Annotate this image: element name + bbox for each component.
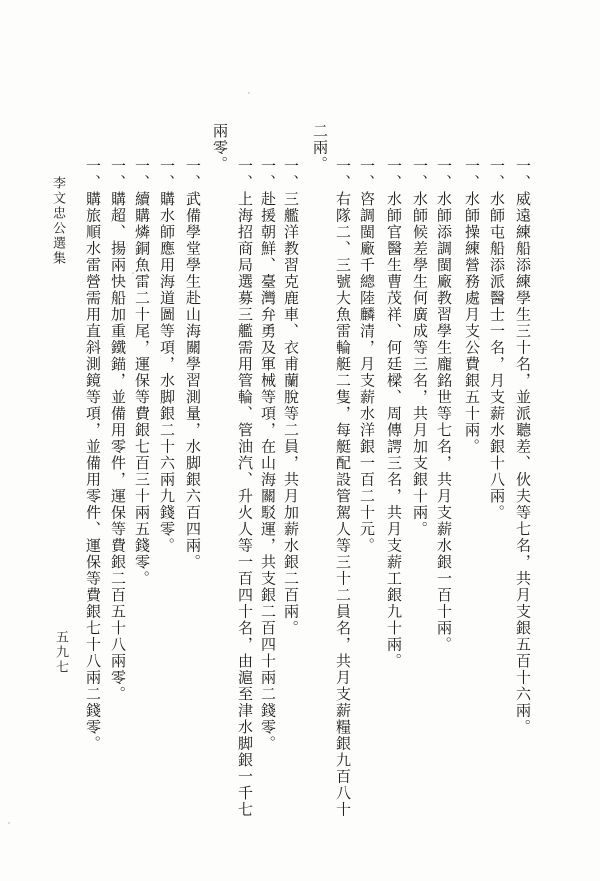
list-item-military-academy-survey: 一、武備學堂學生赴山海關學習測量，水脚銀六百四兩。 <box>184 158 202 571</box>
scan-speck <box>132 272 134 274</box>
list-item-foreign-instructors: 一、三艦洋教習克鹿車、衣甫蘭脫等二員，共月加薪水銀二百兩。 <box>282 158 300 637</box>
scan-speck <box>478 338 480 340</box>
list-item-shanghai-recruits-continued: 兩零。 <box>211 123 229 173</box>
list-item-fuzhou-instructors: 一、水師添調閩廠教習學生龐銘世等七名，共月支薪水銀一百十兩。 <box>435 158 453 653</box>
list-item-cruiser-anchors: 一、購超、揚兩快船加重鐵錨，並備用零件，運保等費銀二百五十八兩零。 <box>109 158 127 703</box>
list-item-lushun-mine-camp: 一、購旅順水雷營需用直斜測鏡等項，並備用零件、運保等費銀七十八兩二錢零。 <box>84 158 102 752</box>
list-item-navy-drill-office: 一、水師操練營務處月支公費銀五十兩。 <box>463 158 481 455</box>
list-item-navy-physicians: 一、水師官醫生曹茂祥、何廷樑、周傳諤三名，共月支薪工銀九十兩。 <box>385 158 403 670</box>
list-item-navy-storeship-doctor: 一、水師屯船添派醫士一名，月支薪水銀十八兩。 <box>488 158 506 521</box>
running-title: 李文忠公選集 <box>49 176 65 266</box>
list-item-torpedo-boats: 一、右隊二、三號大魚雷輪艇二隻，每艇配設管駕人等三十二員名，共月支薪糧銀九百八十 <box>334 158 352 818</box>
list-item-fuzhou-officer: 一、咨調閩廠千總陸麟清，月支薪水洋銀一百二十元。 <box>358 158 376 554</box>
list-item-standby-students: 一、水師候差學生何廣成等三名，共月加支銀十兩。 <box>411 158 429 538</box>
page-number: 五九七 <box>52 630 68 675</box>
list-item-torpedo-boats-continued: 二兩。 <box>311 123 329 173</box>
scan-speck <box>248 92 250 94</box>
scanned-book-page: 一、威遠練船添練學生三十名，並派聽差、伙夫等七名，共月支銀五百十六兩。 一、水師… <box>0 0 600 881</box>
list-item-weiyuan-training-ship: 一、威遠練船添練學生三十名，並派聽差、伙夫等七名，共月支銀五百十六兩。 <box>514 158 532 736</box>
list-item-shanghai-recruits: 一、上海招商局選募三艦需用管輪、管油汽、升火人等一百四十名，由滬至津水脚銀一千七 <box>236 158 254 818</box>
list-item-torpedoes: 一、續購燐銅魚雷二十尾，運保等費銀七百三十兩五錢零。 <box>133 158 151 587</box>
list-item-sea-charts: 一、購水師應用海道圖等項，水脚銀二十六兩九錢零。 <box>158 158 176 554</box>
scan-speck <box>8 822 10 824</box>
list-item-korea-taiwan-transport: 一、赴援朝鮮、臺灣弁勇及軍械等項，在山海關駁運，共支銀二百四十兩二錢零。 <box>259 158 277 752</box>
